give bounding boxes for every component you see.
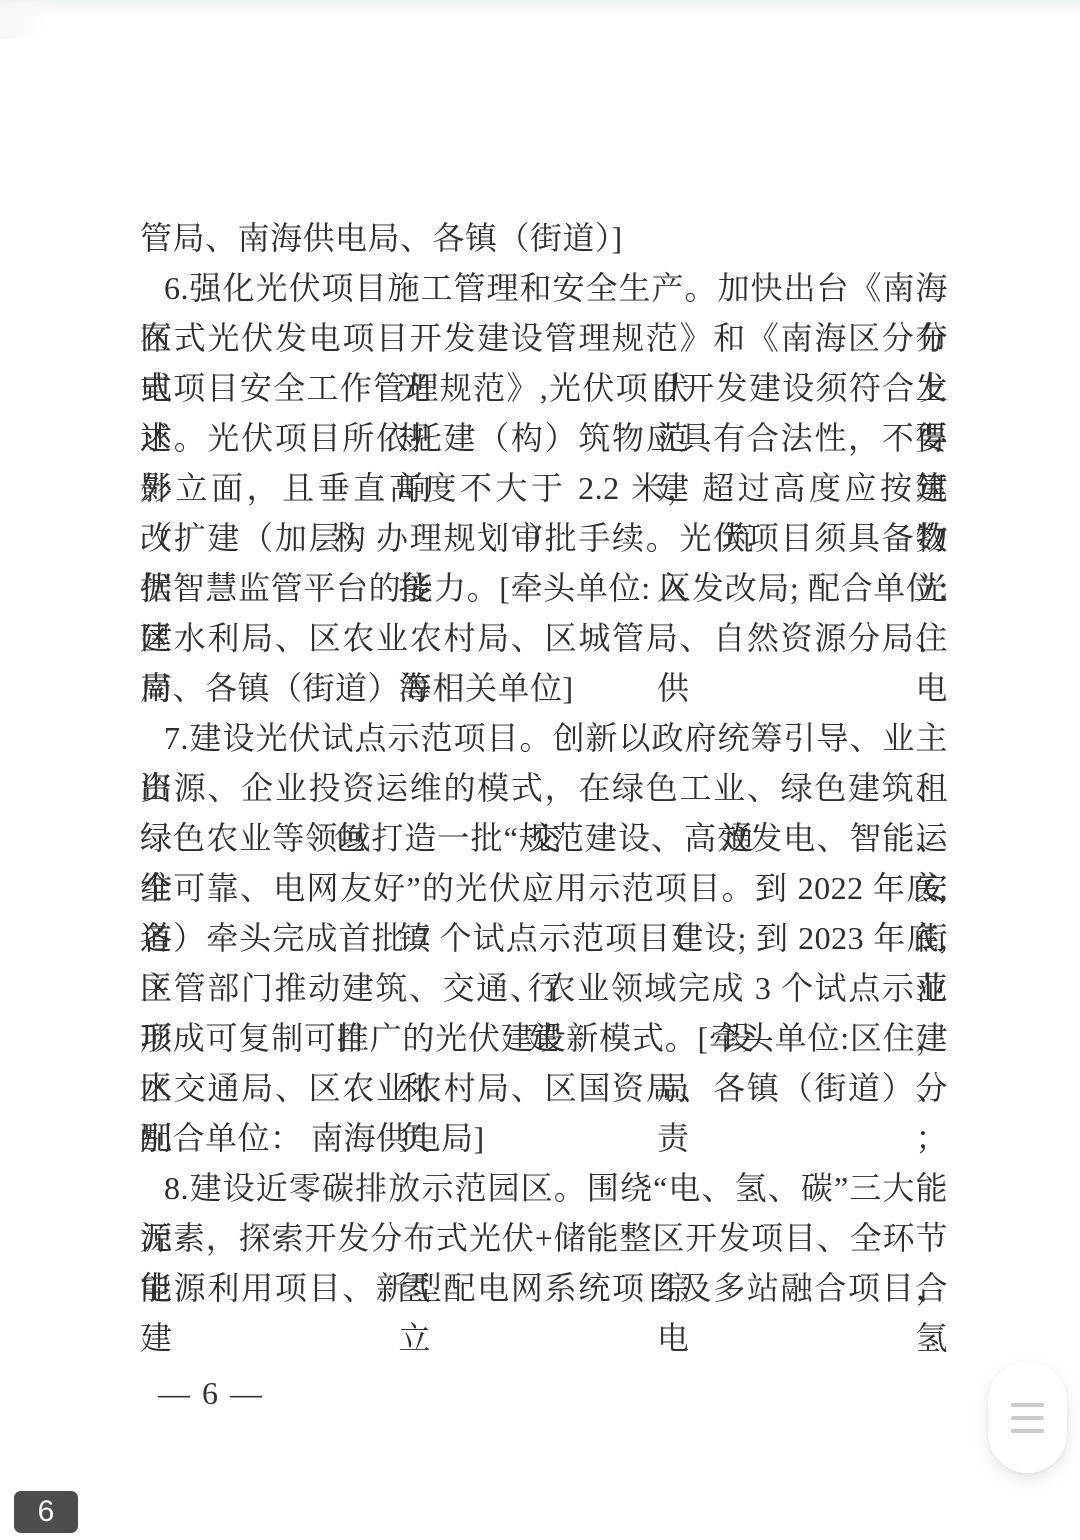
- text-line: 全可靠、电网友好”的光伏应用示范项目。到 2022 年底, 各镇（街: [140, 863, 948, 913]
- text-line: 求。光伏项目所依托建（构）筑物应具有合法性，不得影响建筑: [140, 413, 948, 463]
- page-number: — 6 —: [158, 1368, 264, 1418]
- text-line: 电项目安全工作管理规范》,光伏项目开发建设须符合上述规范要: [140, 363, 948, 413]
- text-line: 能源利用项目、新型配电网系统项目及多站融合项目，建立电氢: [140, 1263, 948, 1313]
- text-line: 改扩建（加层）办理规划审批手续。光伏项目须具备数据接入光: [140, 513, 948, 563]
- text-line: 建水利局、区农业农村局、区城管局、自然资源分局、南海供电: [140, 613, 948, 663]
- menu-fab-button[interactable]: [988, 1362, 1067, 1473]
- scan-corner-artifact: [0, 0, 78, 41]
- page-indicator-badge: 6: [14, 1491, 78, 1533]
- text-line: 区交通局、区农业农村局、区国资局、各镇（街道）分别负责；: [140, 1063, 948, 1113]
- text-line: 8.建设近零碳排放示范园区。围绕“电、氢、碳”三大能源: [140, 1163, 948, 1213]
- text-line: 伏智慧监管平台的能力。[牵头单位: 区发改局; 配合单位: 区住: [140, 563, 948, 613]
- text-line: 形成可复制可推广的光伏建设新模式。[牵头单位:区住建水利局、: [140, 1013, 948, 1063]
- text-line: 布式光伏发电项目开发建设管理规范》和《南海区分布式光伏发: [140, 313, 948, 363]
- text-line: 主管部门推动建筑、交通、农业领域完成 3 个试点示范项目建设，: [140, 963, 948, 1013]
- text-line: 绿色农业等领域打造一批“规范建设、高效发电、智能运维、安: [140, 813, 948, 863]
- page-top-shadow: [0, 0, 1080, 16]
- document-body: 管局、南海供电局、各镇（街道）] 6.强化光伏项目施工管理和安全生产。加快出台《…: [140, 213, 948, 1313]
- text-line: 外立面，且垂直高度不大于 2.2 米，超过高度应按建（构）筑物: [140, 463, 948, 513]
- text-line: 元素，探索开发分布式光伏+储能整区开发项目、全环节电氢综合: [140, 1213, 948, 1263]
- hamburger-menu-icon: [1011, 1403, 1044, 1433]
- text-line: 资源、企业投资运维的模式，在绿色工业、绿色建筑、绿色交通、: [140, 763, 948, 813]
- text-line: 道）牵头完成首批 7 个试点示范项目建设; 到 2023 年底, 区行业: [140, 913, 948, 963]
- text-line: 管局、南海供电局、各镇（街道）]: [140, 213, 948, 263]
- text-line: 6.强化光伏项目施工管理和安全生产。加快出台《南海区分: [140, 263, 948, 313]
- text-line: 7.建设光伏试点示范项目。创新以政府统筹引导、业主出租: [140, 713, 948, 763]
